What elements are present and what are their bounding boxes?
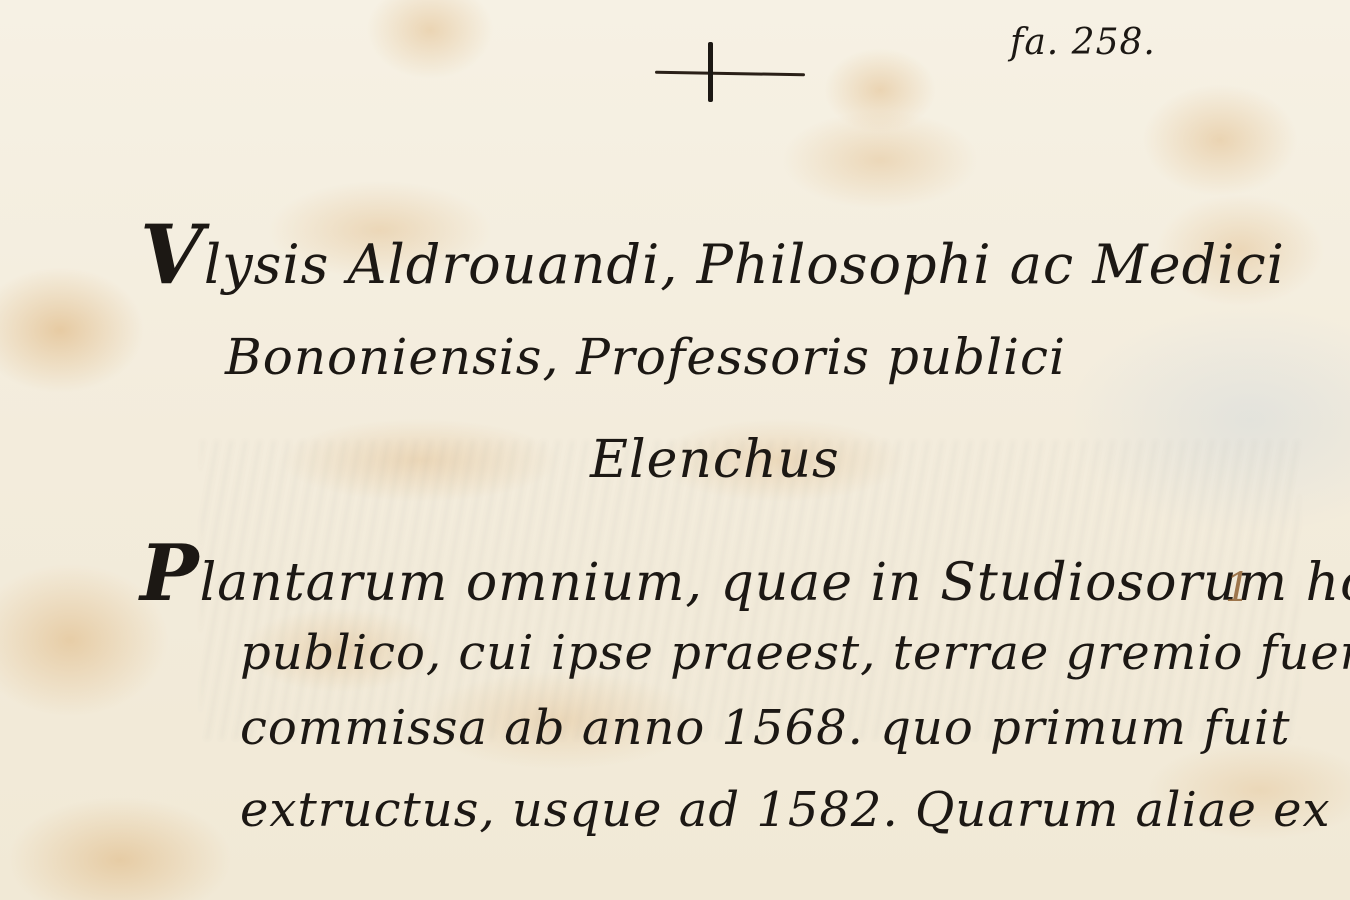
body-line-3: commissa ab anno 1568. quo primum fuit	[240, 700, 1291, 756]
cross-horizontal-stroke	[655, 71, 805, 77]
folio-number: fa. 258.	[1010, 22, 1156, 63]
body-line-4: extructus, usque ad 1582. Quarum aliae e…	[240, 782, 1331, 838]
line-text: lysis Aldrouandi, Philosophi ac Medici	[204, 233, 1285, 296]
cross-icon	[655, 42, 805, 102]
line-text: extructus, usque ad 1582. Quarum aliae e…	[240, 782, 1331, 838]
title-line-author: Vlysis Aldrouandi, Philosophi ac Medici	[140, 215, 1285, 296]
line-text: publico, cui ipse praeest, terrae gremio…	[240, 625, 1350, 681]
decorated-initial: V	[140, 208, 204, 303]
body-line-2: publico, cui ipse praeest, terrae gremio…	[240, 625, 1350, 681]
title-line-elenchus: Elenchus	[590, 430, 840, 490]
line-text: Bononiensis, Professoris publici	[225, 328, 1066, 386]
line-text: commissa ab anno 1568. quo primum fuit	[240, 700, 1291, 756]
cross-vertical-stroke	[708, 42, 713, 102]
title-line-affiliation: Bononiensis, Professoris publici	[225, 328, 1066, 386]
line-text: lantarum omnium, quae in Studiosorum hor…	[200, 553, 1350, 613]
margin-note: 1	[1225, 565, 1251, 611]
line-text: Elenchus	[590, 430, 840, 490]
decorated-initial: P	[140, 528, 200, 619]
body-line-1: Plantarum omnium, quae in Studiosorum ho…	[140, 535, 1350, 613]
